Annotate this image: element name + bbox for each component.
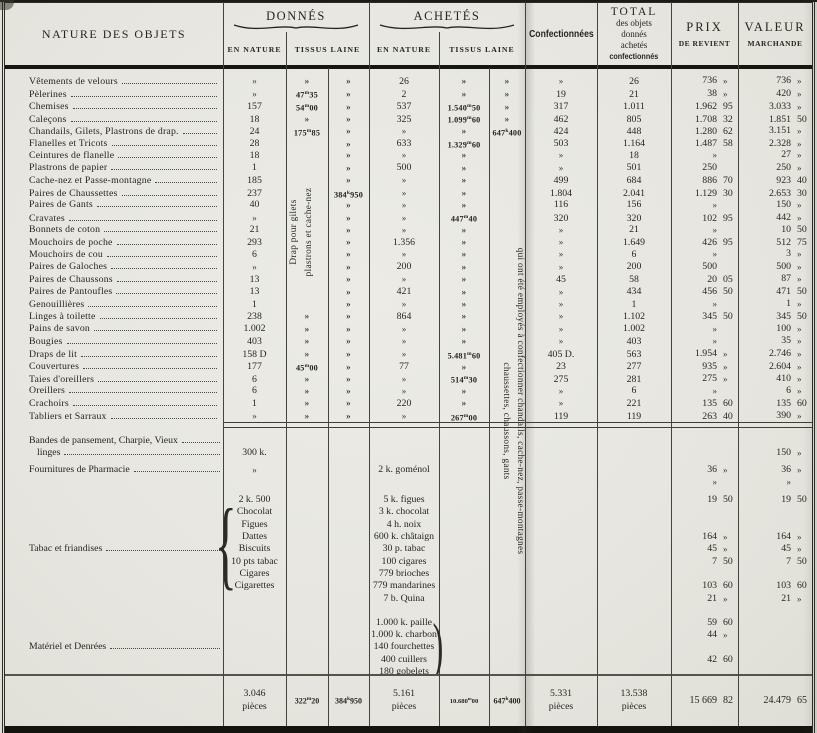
empty-cell: [439, 617, 489, 674]
cell-valeur-marchande: 87»: [738, 273, 812, 286]
cell-achetes-en-nature: 1.356: [369, 237, 439, 249]
cell-confectionnees: »: [525, 335, 597, 348]
cell-valeur-marchande: 1»: [738, 298, 812, 311]
table-row: Bonnets de coton21»»»»21»1050: [5, 224, 812, 236]
cell-achetes-en-nature: 26: [369, 76, 439, 88]
cell-donnes-en-nature: 157: [223, 101, 286, 113]
cell-confectionnees: 424: [525, 126, 597, 138]
cell-achetes-en-nature: 864: [369, 311, 439, 323]
cell-total: 6: [597, 385, 671, 397]
cell-valeur-marchande: 3.151»: [738, 125, 812, 138]
header-label: PRIX: [686, 20, 722, 35]
row-label: Tabliers et Sarraux: [5, 411, 223, 423]
cell-donnes-en-nature: 185: [223, 175, 286, 187]
cell-total: 1.011: [597, 101, 671, 113]
table-row: Linges à toilette238»»864»»1.10234550345…: [5, 310, 812, 322]
cell-achetes-laine: 647k400: [489, 125, 525, 140]
table-row: Crachoirs1»»220»»2211356013560: [5, 397, 812, 409]
cell-prix-de-revient: »: [671, 224, 738, 237]
cell-donnes-laine: »: [328, 224, 369, 237]
row-label: Mouchoirs de cou: [5, 249, 223, 261]
table-row: Plastrons de papier1»500»»501250250»: [5, 162, 812, 174]
empty-cell: [525, 435, 597, 460]
cell-donnes-tissus: »: [286, 385, 328, 398]
cell-donnes-tissus: »: [286, 397, 328, 410]
cell-confectionnees: »: [525, 248, 597, 261]
cell-confectionnees: »: [525, 236, 597, 249]
column-rule: [597, 2, 598, 726]
row-label: Paires de Galoches: [5, 261, 223, 273]
empty-cell: [525, 617, 597, 674]
table-row: Paires de Chaussons13»»»4558200587»: [5, 273, 812, 285]
column-rule: [286, 32, 287, 726]
cell-donnes-laine: »: [328, 101, 369, 114]
cell-donnes-laine: »: [328, 335, 369, 348]
cell-achetes-en-nature: »: [369, 323, 439, 336]
col-group-donnes: DONNÉS: [223, 3, 369, 33]
cell-achetes-laine: »: [489, 88, 525, 101]
column-rule: [369, 2, 370, 726]
total-achetes-tissus: 10.680m00: [439, 696, 489, 705]
empty-cell: [328, 494, 369, 605]
group-prix-list: 1950164»45»7501036021»: [671, 494, 738, 605]
scan-bottom-edge: [5, 726, 812, 733]
row-label: Chandails, Gilets, Plastrons de drap.: [5, 126, 223, 138]
vertical-note-achetes-laine: qui ont été employés à confectionner cha…: [492, 182, 526, 620]
empty-cell: [597, 617, 671, 674]
cell-confectionnees: 317: [525, 101, 597, 113]
cell-valeur-marchande: 100»: [738, 323, 812, 336]
cell-total: 221: [597, 398, 671, 410]
dotted-leader: [112, 145, 217, 146]
cell-prix-de-revient: 88670: [671, 175, 738, 187]
table-row: Paires de Galoches»»200»»200500500»: [5, 261, 812, 273]
cell-total: 156: [597, 199, 671, 211]
cell-total: 403: [597, 336, 671, 348]
row-label: Couvertures: [5, 361, 223, 373]
cell-total: 18: [597, 150, 671, 162]
cell-prix-de-revient: 736»: [671, 75, 738, 88]
cell-achetes-tissus: »: [439, 162, 489, 175]
cell-prix-de-revient: »: [671, 323, 738, 336]
cell-confectionnees: »: [525, 149, 597, 162]
subcol-donnes-en-nature: EN NATURE: [223, 33, 286, 65]
column-rule: [223, 2, 224, 726]
column-rule: [738, 2, 739, 726]
row-label: Cache-nez et Passe-montagne: [5, 175, 223, 187]
table-row: Caleçons18»»3251.099m60»4628051.708321.8…: [5, 112, 812, 124]
document-table: NATURE DES OBJETS DONNÉS ACHETÉS EN NATU…: [2, 2, 815, 733]
cell-total: 1.102: [597, 311, 671, 323]
cell-confectionnees: 1.804: [525, 188, 597, 200]
group-achetes-list: [369, 435, 439, 460]
cell-prix-de-revient: 1.96295: [671, 101, 738, 113]
header-label: TISSUS LAINE: [295, 45, 361, 54]
cell-prix-de-revient: 935»: [671, 361, 738, 374]
dotted-leader: [111, 268, 217, 269]
row-label: Plastrons de papier: [5, 162, 223, 174]
cell-total: 58: [597, 274, 671, 286]
header-label: TOTAL: [611, 7, 658, 18]
empty-cell: [328, 464, 369, 489]
total-confectionnees: 5.331pièces: [525, 688, 597, 713]
cell-donnes-en-nature: 237: [223, 188, 286, 200]
cell-achetes-en-nature: 537: [369, 101, 439, 113]
table-row: Chemises15754m00»5371.540m50»3171.0111.9…: [5, 100, 812, 112]
cell-prix-de-revient: »: [671, 248, 738, 261]
cell-confectionnees: 45: [525, 274, 597, 286]
cell-valeur-marchande: 1050: [738, 224, 812, 236]
total-achetes-en-nature: 5.161pièces: [369, 688, 439, 713]
dotted-leader: [155, 182, 217, 183]
cell-achetes-en-nature: »: [369, 125, 439, 138]
cell-donnes-laine: »: [328, 248, 369, 261]
total-donnes-laine: 384k950: [328, 696, 369, 706]
total-prix-de-revient: 15 66982: [671, 695, 738, 706]
row-label: Mouchoirs de poche: [5, 237, 223, 249]
cell-total: 448: [597, 126, 671, 138]
column-rule: [328, 68, 329, 726]
dotted-leader: [182, 442, 220, 443]
bottom-group: Matériel et Denrées)1.000 k. paille1.000…: [5, 617, 812, 674]
subcol-donnes-tissus-laine: TISSUS LAINE: [286, 33, 369, 65]
dotted-leader: [106, 550, 220, 551]
bottom-group: Tabac et friandises{2 k. 500ChocolatFigu…: [5, 494, 812, 605]
dotted-leader: [122, 195, 217, 196]
cell-prix-de-revient: 38»: [671, 88, 738, 101]
table-row: Bougies403»»»»»403»35»: [5, 335, 812, 347]
cell-achetes-en-nature: 200: [369, 261, 439, 273]
cell-prix-de-revient: 34550: [671, 311, 738, 323]
cell-achetes-tissus: »: [439, 335, 489, 348]
cell-prix-de-revient: 1.954»: [671, 348, 738, 361]
header-label: DONNÉS: [266, 5, 326, 24]
empty-cell: [286, 494, 328, 605]
dotted-leader: [122, 83, 217, 84]
row-label: Paires de Gants: [5, 199, 223, 211]
total-valeur-marchande: 24.47965: [738, 695, 812, 706]
cell-prix-de-revient: »: [671, 385, 738, 398]
dotted-leader: [107, 256, 217, 257]
cell-donnes-laine: »: [328, 88, 369, 101]
dotted-leader: [83, 368, 217, 369]
cell-achetes-en-nature: »: [369, 273, 439, 286]
row-label: Taies d'oreillers: [5, 374, 223, 386]
cell-confectionnees: »: [525, 75, 597, 88]
cell-total: 563: [597, 349, 671, 361]
header-label: MARCHANDE: [748, 39, 803, 48]
brace-swash-icon: [377, 23, 517, 32]
cell-donnes-en-nature: 28: [223, 138, 286, 150]
cell-total: 1: [597, 299, 671, 311]
cell-prix-de-revient: 1.70832: [671, 114, 738, 126]
dotted-leader: [81, 356, 217, 357]
cell-achetes-en-nature: »: [369, 348, 439, 361]
cell-prix-de-revient: »: [671, 149, 738, 162]
cell-valeur-marchande: 3»: [738, 248, 812, 261]
dotted-leader: [71, 121, 217, 122]
cell-donnes-laine: »: [328, 310, 369, 323]
cell-confectionnees: 116: [525, 199, 597, 211]
cell-confectionnees: 499: [525, 175, 597, 187]
cell-achetes-laine: »: [489, 101, 525, 114]
dotted-leader: [183, 133, 217, 134]
table-row: Paires de Chaussettes237384k950»»1.8042.…: [5, 187, 812, 199]
cell-achetes-tissus: »: [439, 174, 489, 187]
cell-total: 434: [597, 286, 671, 298]
cell-total: 320: [597, 213, 671, 225]
cell-donnes-en-nature: »: [223, 88, 286, 101]
totals-row: 3.046pièces322m20384k9505.161pièces10.68…: [5, 677, 812, 724]
bottom-group: Fournitures de Pharmacie»2 k. goménol36»…: [5, 464, 812, 489]
cell-donnes-en-nature: 6: [223, 249, 286, 261]
scanned-ledger-page: NATURE DES OBJETS DONNÉS ACHETÉS EN NATU…: [0, 0, 817, 733]
dotted-leader: [134, 471, 220, 472]
cell-confectionnees: »: [525, 286, 597, 299]
cell-confectionnees: 405 D.: [525, 349, 597, 361]
group-label: Tabac et friandises: [5, 494, 223, 605]
cell-donnes-en-nature: 6: [223, 374, 286, 386]
group-label: Bandes de pansement, Charpie, Vieuxlinge…: [5, 435, 223, 460]
cell-achetes-tissus: »: [439, 75, 489, 88]
group-label: Matériel et Denrées: [5, 617, 223, 674]
bottom-group: Bandes de pansement, Charpie, Vieuxlinge…: [5, 435, 812, 460]
cell-donnes-en-nature: 158 D: [223, 349, 286, 361]
cell-confectionnees: »: [525, 224, 597, 237]
table-row: Mouchoirs de poche293»1.356»»1.649426955…: [5, 236, 812, 248]
cell-donnes-en-nature: 238: [223, 311, 286, 323]
cell-donnes-laine: »: [328, 162, 369, 175]
cell-total: 1.649: [597, 237, 671, 249]
row-label: Cravates: [5, 213, 223, 225]
cell-donnes-laine: »: [328, 199, 369, 212]
cell-achetes-tissus: »: [439, 298, 489, 311]
cell-total: 21: [597, 89, 671, 101]
cell-achetes-en-nature: »: [369, 174, 439, 187]
cell-donnes-en-nature: 1: [223, 299, 286, 311]
table-row: Pains de savon1.002»»»»»1.002»100»: [5, 323, 812, 335]
header-label: TISSUS LAINE: [449, 45, 515, 54]
cell-achetes-laine: »: [489, 75, 525, 88]
table-row: Genouillières1»»»»1»1»: [5, 298, 812, 310]
group-valeur-list: 1950164»45»7501036021»: [738, 494, 812, 605]
dotted-leader: [94, 330, 217, 331]
cell-valeur-marchande: 13560: [738, 398, 812, 410]
cell-achetes-en-nature: 77: [369, 361, 439, 373]
dotted-leader: [116, 293, 217, 294]
empty-cell: [489, 617, 525, 674]
cell-confectionnees: »: [525, 298, 597, 311]
header-label: VALEUR: [744, 20, 805, 35]
group-valeur-list: [738, 617, 812, 674]
table-row: Cache-nez et Passe-montagne185»»»4996848…: [5, 174, 812, 186]
cell-confectionnees: »: [525, 261, 597, 274]
cell-prix-de-revient: »: [671, 298, 738, 311]
empty-cell: [328, 435, 369, 460]
dotted-leader: [64, 454, 220, 455]
row-label: Pèlerines: [5, 89, 223, 101]
group-donnes-list: 300 k.: [223, 435, 286, 460]
header-label: EN NATURE: [227, 45, 281, 54]
cell-achetes-tissus: »: [439, 248, 489, 261]
cell-prix-de-revient: 13560: [671, 398, 738, 410]
col-header-nature-des-objets: NATURE DES OBJETS: [5, 3, 223, 65]
cell-confectionnees: »: [525, 323, 597, 336]
table-row: Paires de Pantoufles13»421»»434456504715…: [5, 286, 812, 298]
empty-cell: [597, 435, 671, 460]
table-row: Oreillers6»»»»»6»6»: [5, 385, 812, 397]
cell-donnes-laine: »: [328, 261, 369, 274]
cell-donnes-laine: »: [328, 236, 369, 249]
row-label: Bonnets de coton: [5, 224, 223, 236]
cell-achetes-en-nature: 421: [369, 286, 439, 298]
col-header-total: TOTAL des objets donnés achetés confecti…: [597, 3, 671, 65]
dotted-leader: [118, 157, 217, 158]
cell-total: 684: [597, 175, 671, 187]
cell-total: 277: [597, 361, 671, 373]
cell-total: 501: [597, 162, 671, 174]
cell-valeur-marchande: 250»: [738, 162, 812, 175]
header-label: NATURE DES OBJETS: [42, 27, 186, 42]
cell-achetes-tissus: »: [439, 273, 489, 286]
dotted-leader: [69, 392, 217, 393]
dotted-leader: [73, 405, 217, 406]
table-row: Vêtements de velours»»»26»»»26736»736»: [5, 75, 812, 87]
row-label: Caleçons: [5, 114, 223, 126]
cell-prix-de-revient: »: [671, 199, 738, 212]
dotted-leader: [104, 231, 217, 232]
table-row: Paires de Gants40»»»116156»150»: [5, 199, 812, 211]
vertical-note-line: Drap pour gilets: [287, 158, 302, 306]
table-row: Taies d'oreillers6»»»514m30275281275»410…: [5, 372, 812, 384]
cell-valeur-marchande: 3.033»: [738, 101, 812, 114]
subcol-achetes-en-nature: EN NATURE: [369, 33, 439, 65]
col-header-confectionnees: Confectionnées: [525, 3, 597, 65]
header-label: Confectionnées: [529, 28, 594, 40]
dotted-leader: [110, 648, 220, 649]
total-general: 13.538pièces: [597, 688, 671, 713]
header-label: des objets: [616, 18, 652, 29]
group-donnes-list: {2 k. 500ChocolatFiguesDattesBiscuits10 …: [223, 494, 286, 605]
cell-valeur-marchande: 420»: [738, 88, 812, 101]
cell-valeur-marchande: 1.85150: [738, 114, 812, 126]
dotted-leader: [97, 206, 217, 207]
group-valeur-list: 36»»: [738, 464, 812, 489]
cell-achetes-en-nature: 2: [369, 89, 439, 101]
empty-cell: [597, 464, 671, 489]
cell-donnes-tissus: »: [286, 335, 328, 348]
cell-achetes-en-nature: »: [369, 385, 439, 398]
bottom-section: Bandes de pansement, Charpie, Vieuxlinge…: [5, 428, 812, 674]
cell-achetes-tissus: »: [439, 236, 489, 249]
cell-achetes-tissus: »: [439, 149, 489, 162]
dotted-leader: [117, 244, 217, 245]
cell-total: 2.041: [597, 188, 671, 200]
cell-donnes-laine: »: [328, 348, 369, 361]
cell-donnes-tissus: 175m85: [286, 125, 328, 140]
cell-prix-de-revient: 250: [671, 162, 738, 174]
cell-confectionnees: 23: [525, 361, 597, 373]
cell-donnes-en-nature: 13: [223, 274, 286, 286]
cell-donnes-laine: »: [328, 75, 369, 88]
group-prix-list: 596044»4260: [671, 617, 738, 674]
table-row: Couvertures17745m00»77»23277935»2.604»: [5, 360, 812, 372]
cell-confectionnees: »: [525, 162, 597, 175]
cell-donnes-en-nature: 403: [223, 336, 286, 348]
cell-donnes-tissus: »: [286, 323, 328, 336]
cell-total: 200: [597, 261, 671, 273]
cell-achetes-en-nature: »: [369, 298, 439, 311]
group-achetes-list: 2 k. goménol: [369, 464, 439, 489]
empty-cell: [328, 617, 369, 674]
table-header: NATURE DES OBJETS DONNÉS ACHETÉS EN NATU…: [5, 2, 812, 69]
cell-valeur-marchande: 27»: [738, 149, 812, 162]
table-row: Flanelles et Tricots28»6331.329m605031.1…: [5, 137, 812, 149]
table-row: Draps de lit158 D»»»5.481m60405 D.5631.9…: [5, 348, 812, 360]
dotted-leader: [73, 108, 217, 109]
table-row: Cravates»»»447m4032032010295442»: [5, 211, 812, 223]
cell-achetes-tissus: »: [439, 385, 489, 398]
brace-swash-icon: [231, 23, 361, 32]
total-achetes-laine: 647k400: [489, 696, 525, 706]
cell-total: 281: [597, 374, 671, 386]
cell-donnes-en-nature: 13: [223, 286, 286, 298]
table-row: Tabliers et Sarraux»»»»267m0011911926340…: [5, 410, 812, 422]
row-label: Ceintures de flanelle: [5, 150, 223, 162]
column-rule: [671, 2, 672, 726]
column-rule: [439, 32, 440, 726]
row-label: Bougies: [5, 336, 223, 348]
cell-donnes-en-nature: 6: [223, 385, 286, 397]
cell-donnes-tissus: »: [286, 75, 328, 88]
table-body: Vêtements de velours»»»26»»»26736»736»Pè…: [5, 69, 812, 422]
dotted-leader: [71, 96, 217, 97]
row-label: Draps de lit: [5, 349, 223, 361]
empty-cell: [286, 435, 328, 460]
cell-prix-de-revient: 500: [671, 261, 738, 273]
group-prix-list: [671, 435, 738, 460]
row-label: Paires de Chaussettes: [5, 188, 223, 200]
dotted-leader: [67, 343, 217, 344]
cell-prix-de-revient: 1.28062: [671, 126, 738, 138]
cell-donnes-en-nature: 18: [223, 150, 286, 162]
cell-donnes-en-nature: 1: [223, 162, 286, 174]
cell-donnes-laine: »: [328, 298, 369, 311]
cell-valeur-marchande: 6»: [738, 385, 812, 398]
row-label: Flanelles et Tricots: [5, 138, 223, 150]
cell-valeur-marchande: 2.604»: [738, 361, 812, 374]
group-donnes-list: »: [223, 464, 286, 489]
cell-achetes-tissus: »: [439, 286, 489, 299]
cell-valeur-marchande: 35»: [738, 335, 812, 348]
dotted-leader: [111, 169, 217, 170]
empty-cell: [525, 464, 597, 489]
dotted-leader: [98, 381, 217, 382]
header-label: donnés: [621, 29, 647, 40]
cell-donnes-laine: »: [328, 361, 369, 374]
cell-achetes-tissus: »: [439, 323, 489, 336]
empty-cell: [439, 435, 489, 460]
cell-achetes-en-nature: »: [369, 224, 439, 237]
header-label: EN NATURE: [377, 45, 431, 54]
cell-donnes-en-nature: »: [223, 75, 286, 88]
total-donnes-tissus: 322m20: [286, 696, 328, 706]
empty-cell: [525, 494, 597, 605]
cell-donnes-laine: »: [328, 273, 369, 286]
vertical-note-line: chaussettes, chaussons, gants: [499, 182, 513, 620]
cell-achetes-en-nature: 500: [369, 162, 439, 174]
row-label: Linges à toilette: [5, 311, 223, 323]
